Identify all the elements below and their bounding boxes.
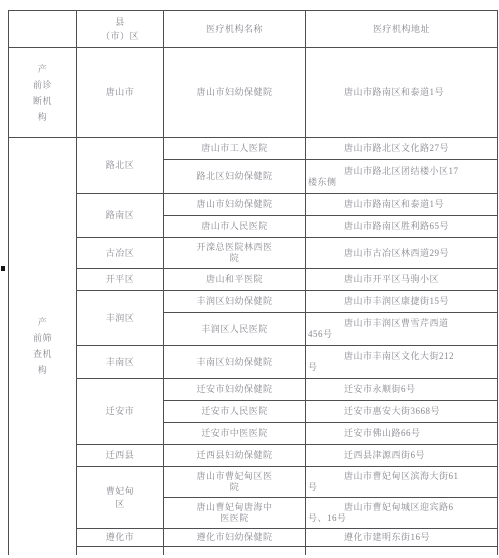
- institution-address-cell: 唐山市丰润区曹雪芹西道 456号: [306, 313, 498, 346]
- table-row: 产 前筛 查机 构路北区唐山市工人医院唐山市路北区文化路27号: [9, 138, 498, 160]
- institution-name: 唐山市妇幼保健院: [196, 87, 272, 98]
- table-row: 遵化市遵化市妇幼保健院遵化市建明东街16号: [9, 529, 498, 547]
- institution-address-cell: 唐山市曹妃甸城区迎宾路6 号、16号: [306, 498, 498, 529]
- institution-name: 迁西县妇幼保健院: [196, 450, 272, 461]
- institution-name: 开滦总医院林西医 院: [196, 242, 272, 264]
- table-row: 开平区唐山和平医院唐山市开平区马驹小区: [9, 269, 498, 291]
- institution-name-cell: 迁安市人民医院: [164, 401, 306, 423]
- district-cell: 丰润区: [77, 291, 164, 346]
- cutoff-cell: [77, 547, 164, 555]
- district-cell: 唐山市: [77, 48, 164, 138]
- district-cell: 迁安市: [77, 379, 164, 445]
- institution-address-cell: 唐山市路南区胜利路65号: [306, 216, 498, 238]
- district-cell: 丰南区: [77, 346, 164, 379]
- institution-address-cell: 唐山市开平区马驹小区: [306, 269, 498, 291]
- institution-name: 唐山市工人医院: [201, 143, 268, 154]
- header-institution-name-cell: 医疗机构名称: [164, 11, 306, 48]
- institution-name-cell: 唐山市曹妃甸区医 院: [164, 467, 306, 498]
- institution-name-cell: 唐山曹妃甸唐海中 医医院: [164, 498, 306, 529]
- institution-address-cell: 唐山市丰润区康捷街15号: [306, 291, 498, 313]
- header-district-cell: 县 （市）区: [77, 11, 164, 48]
- prenatal-institutions-table: 县 （市）区 医疗机构名称 医疗机构地址 产 前诊 断机 构唐山市唐山市妇幼保健…: [8, 10, 498, 555]
- header-section-cell: [9, 11, 77, 48]
- institution-name-cell: 唐山市妇幼保健院: [164, 194, 306, 216]
- institution-name-cell: 丰南区妇幼保健院: [164, 346, 306, 379]
- institution-name: 迁安市中医医院: [201, 428, 268, 439]
- institution-name-cell: 唐山和平医院: [164, 269, 306, 291]
- table-row: 迁西县迁西县妇幼保健院迁西县津源西街6号: [9, 445, 498, 467]
- header-institution-address-cell: 医疗机构地址: [306, 11, 498, 48]
- institution-address-cell: 唐山市路北区文化路27号: [306, 138, 498, 160]
- institution-name: 唐山曹妃甸唐海中 医医院: [196, 502, 272, 524]
- table-row: 古冶区开滦总医院林西医 院唐山市古冶区林西道29号: [9, 238, 498, 269]
- institution-name-cell: 丰润区妇幼保健院: [164, 291, 306, 313]
- institution-name-cell: 迁安市妇幼保健院: [164, 379, 306, 401]
- district-cell: 迁西县: [77, 445, 164, 467]
- table-row: 丰南区丰南区妇幼保健院唐山市丰南区文化大街212 号: [9, 346, 498, 379]
- institution-name-cell: 路北区妇幼保健院: [164, 160, 306, 194]
- institution-name-cell: 遵化市妇幼保健院: [164, 529, 306, 547]
- table-row: 丰润区丰润区妇幼保健院唐山市丰润区康捷街15号: [9, 291, 498, 313]
- district-cell: 遵化市: [77, 529, 164, 547]
- district-cell: 古冶区: [77, 238, 164, 269]
- institution-name-cell: 开滦总医院林西医 院: [164, 238, 306, 269]
- institution-name: 丰润区人民医院: [201, 324, 268, 335]
- section-label: 产 前筛 查机 构: [33, 314, 52, 378]
- table-header-row: 县 （市）区 医疗机构名称 医疗机构地址: [9, 11, 498, 48]
- cutoff-cell: [164, 547, 306, 555]
- institution-address-cell: 迁安市惠安大街3668号: [306, 401, 498, 423]
- institution-name: 路北区妇幼保健院: [196, 171, 272, 182]
- district-cell: 路北区: [77, 138, 164, 194]
- institution-name-cell: 迁安市中医医院: [164, 423, 306, 445]
- cutoff-cell: [306, 547, 498, 555]
- institution-name: 唐山市曹妃甸区医 院: [196, 471, 272, 493]
- district-cell: 路南区: [77, 194, 164, 238]
- institution-address-cell: 迁安市永顺街6号: [306, 379, 498, 401]
- cutoff-row: [9, 547, 498, 555]
- institution-address-cell: 唐山市古冶区林西道29号: [306, 238, 498, 269]
- institution-name: 唐山市人民医院: [201, 221, 268, 232]
- institution-name-cell: 唐山市人民医院: [164, 216, 306, 238]
- table-row: 路南区唐山市妇幼保健院唐山市路南区和泰道1号: [9, 194, 498, 216]
- institution-name: 迁安市人民医院: [201, 406, 268, 417]
- institution-address-cell: 遵化市建明东街16号: [306, 529, 498, 547]
- district-cell: 曹妃甸 区: [77, 467, 164, 529]
- section-cell: 产 前诊 断机 构: [9, 48, 77, 138]
- institution-name: 唐山和平医院: [206, 274, 263, 285]
- table-row: 产 前诊 断机 构唐山市唐山市妇幼保健院唐山市路南区和泰道1号: [9, 48, 498, 138]
- institution-address-cell: 唐山市丰南区文化大街212 号: [306, 346, 498, 379]
- institution-name: 遵化市妇幼保健院: [196, 532, 272, 543]
- table-row: 曹妃甸 区唐山市曹妃甸区医 院唐山市曹妃甸区滨海大街61 号: [9, 467, 498, 498]
- district-cell: 开平区: [77, 269, 164, 291]
- institution-name-cell: 唐山市妇幼保健院: [164, 48, 306, 138]
- document-page: 县 （市）区 医疗机构名称 医疗机构地址 产 前诊 断机 构唐山市唐山市妇幼保健…: [0, 0, 499, 558]
- institution-name-cell: 唐山市工人医院: [164, 138, 306, 160]
- institution-name-cell: 丰润区人民医院: [164, 313, 306, 346]
- institution-address-cell: 唐山市路南区和泰道1号: [306, 194, 498, 216]
- institution-address-cell: 唐山市曹妃甸区滨海大街61 号: [306, 467, 498, 498]
- institution-address-cell: 迁安市佛山路66号: [306, 423, 498, 445]
- institution-name: 唐山市妇幼保健院: [196, 199, 272, 210]
- institution-name: 丰润区妇幼保健院: [196, 296, 272, 307]
- margin-dot-mark: [1, 266, 5, 271]
- institution-name: 丰南区妇幼保健院: [196, 357, 272, 368]
- institution-address-cell: 唐山市路北区团结楼小区17 楼东侧: [306, 160, 498, 194]
- section-label: 产 前诊 断机 构: [33, 61, 52, 125]
- table-row: 迁安市迁安市妇幼保健院迁安市永顺街6号: [9, 379, 498, 401]
- institution-name-cell: 迁西县妇幼保健院: [164, 445, 306, 467]
- section-cell: 产 前筛 查机 构: [9, 138, 77, 555]
- institution-address-cell: 唐山市路南区和泰道1号: [306, 48, 498, 138]
- institution-name: 迁安市妇幼保健院: [196, 384, 272, 395]
- institution-address-cell: 迁西县津源西街6号: [306, 445, 498, 467]
